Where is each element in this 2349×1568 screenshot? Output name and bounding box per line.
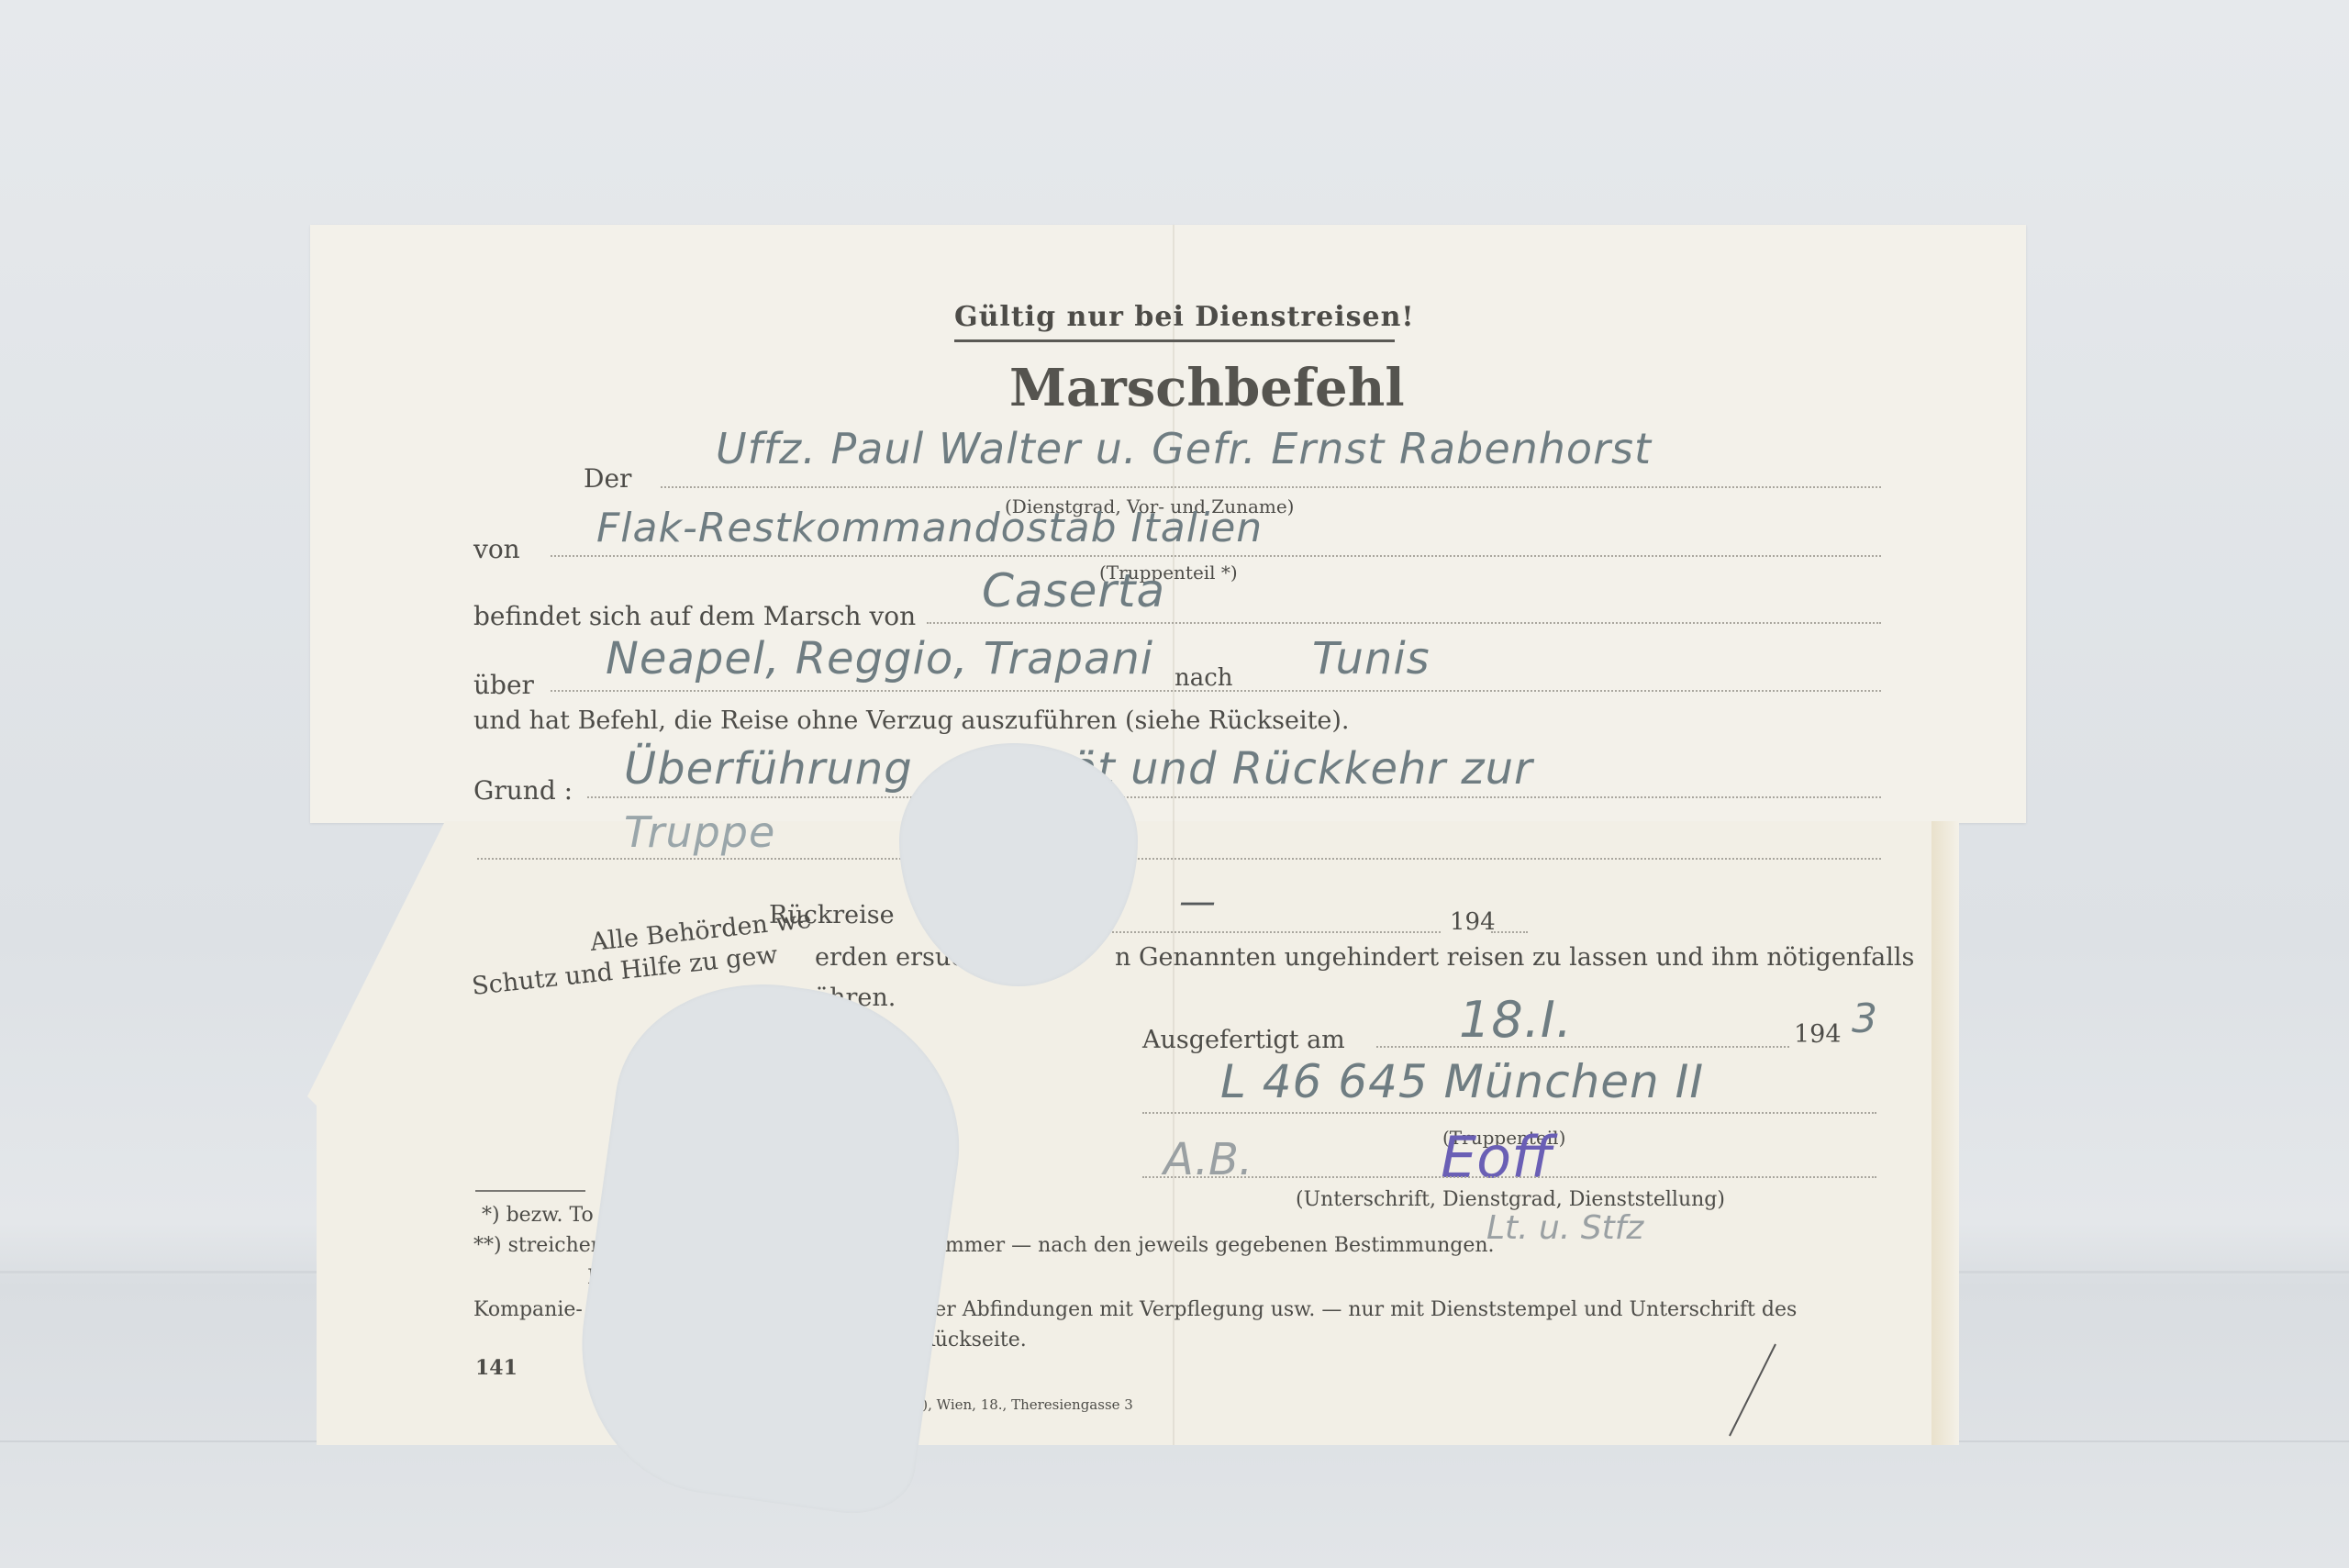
signature-caption: (Unterschrift, Dienstgrad, Dienststellun…	[1296, 1188, 1725, 1211]
footnote-2b: dpostnummer — nach den jeweils gegebenen…	[863, 1234, 1495, 1257]
handwritten-to: Tunis	[1312, 633, 1431, 684]
issue-date-line	[1376, 1046, 1789, 1048]
handwritten-issue-date: 18.I.	[1459, 991, 1573, 1049]
year-prefix-return: 194	[1450, 908, 1496, 936]
reason-line-1	[587, 796, 1881, 798]
footnote-2a: **) streichen,	[473, 1234, 610, 1257]
label-ueber: über	[473, 670, 534, 700]
validity-notice: Gültig nur bei Dienstreisen!	[954, 301, 1415, 333]
label-grund: Grund :	[473, 775, 573, 806]
form-number: 141	[475, 1356, 518, 1380]
footnote-rule	[475, 1190, 585, 1192]
footnote-4a: Kompanie-	[473, 1298, 583, 1321]
handwritten-troop-unit: L 46 645 München II	[1220, 1055, 1704, 1108]
handwritten-return-dash: —	[1179, 881, 1217, 923]
handwritten-reason-line2: Truppe	[624, 807, 775, 857]
order-sentence: und hat Befehl, die Reise ohne Verzug au…	[473, 706, 1350, 735]
label-march-from: befindet sich auf dem Marsch von	[473, 601, 916, 631]
footnote-1: *) bezw. To	[482, 1204, 594, 1227]
label-von: von	[473, 534, 520, 564]
return-year-line	[1491, 931, 1528, 933]
footnote-4b: über Abfindungen mit Verpflegung usw. — …	[908, 1298, 1797, 1321]
year-prefix-issue: 194	[1794, 1020, 1842, 1049]
unit-line	[551, 555, 1881, 557]
authorities-text-1c: n Genannten ungehindert reisen zu lassen…	[1115, 943, 1914, 972]
notice-underline	[954, 339, 1395, 342]
label-issued-at: Ausgefertigt am	[1142, 1026, 1345, 1054]
handwritten-unit: Flak-Restkommandostab Italien	[596, 505, 1263, 551]
handwritten-name: Uffz. Paul Walter u. Gefr. Ernst Rabenho…	[716, 424, 1652, 473]
page-title: Marschbefehl	[1009, 358, 1405, 418]
pencil-stroke	[1725, 1340, 1780, 1440]
document-lower-half	[307, 821, 1952, 1445]
label-der: Der	[584, 463, 631, 494]
label-nach: nach	[1174, 664, 1233, 692]
name-line	[661, 486, 1881, 488]
handwritten-from: Caserta	[982, 564, 1165, 617]
reason-line-2	[477, 858, 1881, 860]
from-line	[927, 622, 1881, 624]
troop-line	[1142, 1112, 1876, 1114]
handwritten-issue-year-digit: 3	[1852, 995, 1878, 1042]
pencil-note: Lt. u. Stfz	[1486, 1209, 1643, 1247]
signature-line	[1142, 1176, 1876, 1178]
paper-edge	[1932, 821, 1959, 1445]
handwritten-signature: Eoff	[1441, 1124, 1553, 1191]
handwritten-via: Neapel, Reggio, Trapani	[606, 633, 1153, 684]
